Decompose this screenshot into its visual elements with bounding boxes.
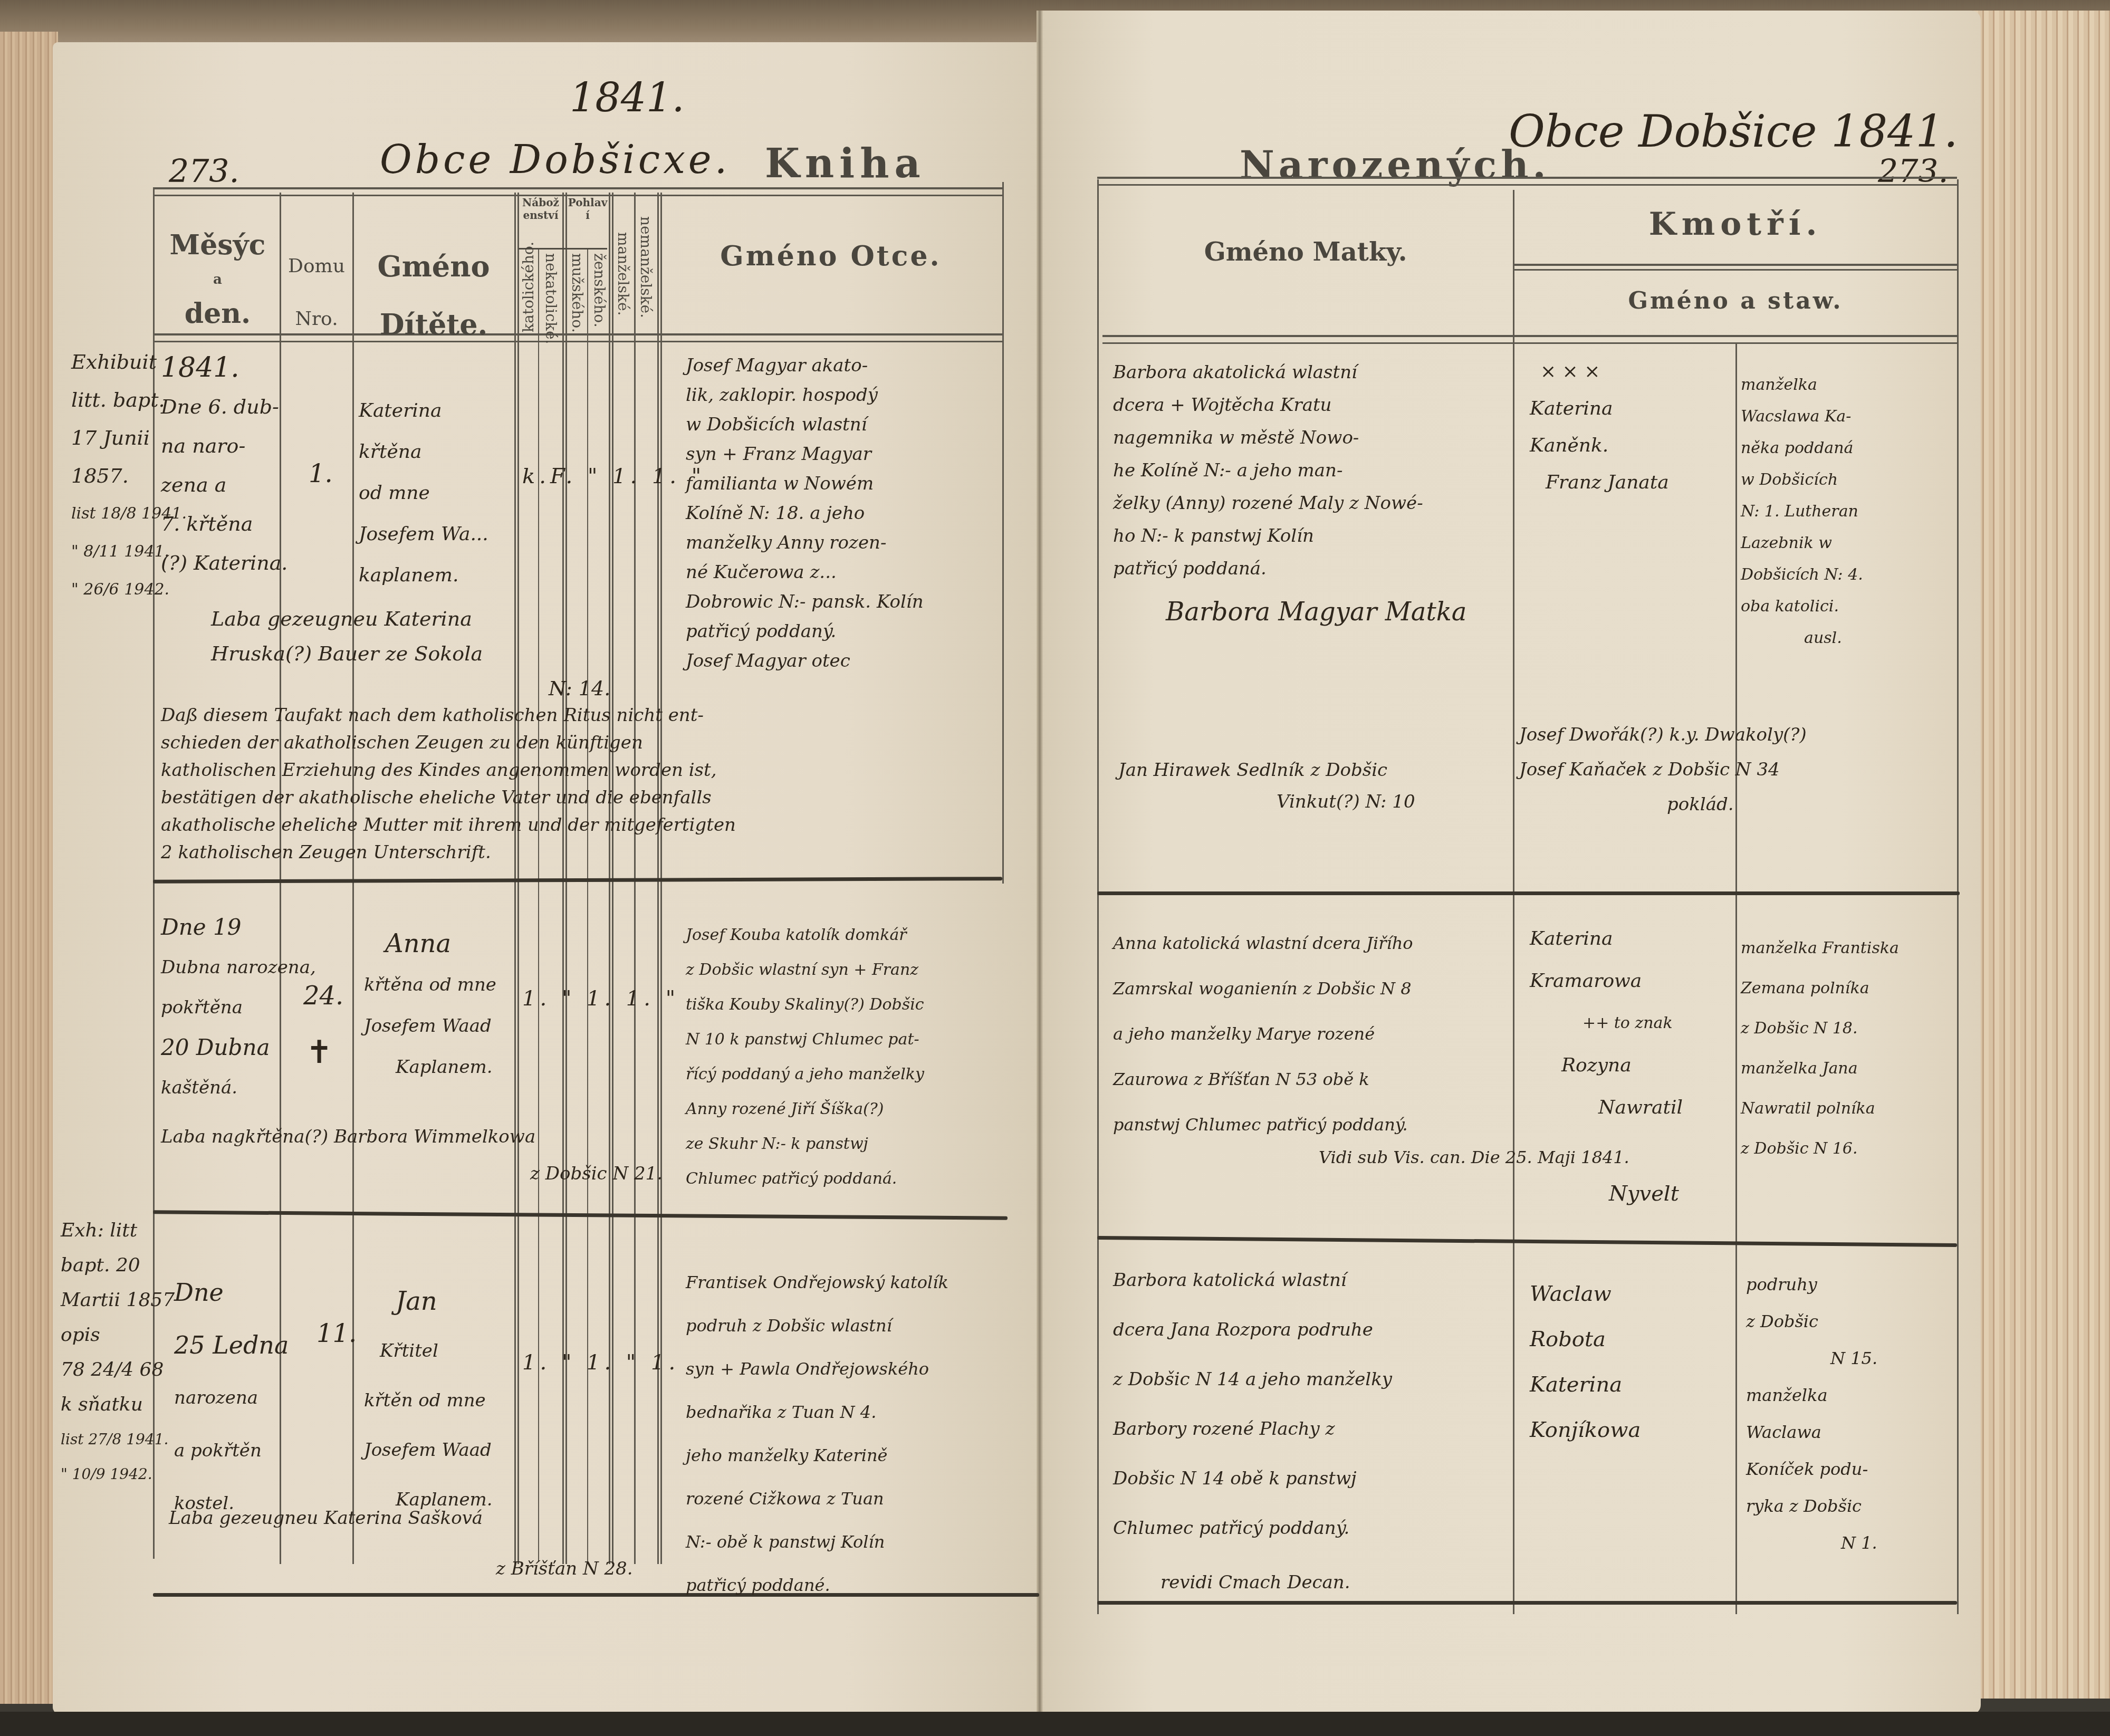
entry-2-child-name: Anna křtěna od mne Josefem Waad Kaplanem…: [364, 923, 496, 1088]
header-legitimate: manželské.: [615, 232, 632, 327]
entry-3-godparents: Waclaw Robota Katerina Konjíkowa: [1530, 1271, 1641, 1453]
col-divider: [1513, 190, 1514, 1614]
entry-1-house-number: 1.: [309, 459, 333, 488]
header-child-name: Gméno Dítěte.: [354, 237, 513, 353]
printed-title-kniha: Kniha: [765, 140, 926, 187]
header-sex: Pohlaví: [567, 196, 608, 222]
entry-1-godparents-status: manželka Wacslawa Ka- něka poddaná w Dob…: [1741, 369, 1863, 654]
entry-2-note: Laba nagkřtěna(?) Barbora Wimmelkowa z D…: [161, 1118, 663, 1192]
header-religion-catholic: katolického.: [520, 253, 537, 332]
row-separator: [1097, 891, 1960, 895]
entry-3-house-number: 11.: [316, 1319, 357, 1348]
handwritten-village-title-right: Obce Dobšice 1841.: [1509, 105, 1958, 157]
left-page-stack-edge: [0, 32, 58, 1704]
header-month-day: Měsýc a den.: [158, 222, 277, 338]
background-surface: [0, 1712, 2110, 1736]
entry-1-checkmarks: k.F. " 1. 1. ": [522, 464, 705, 488]
right-table-top-rule: [1097, 177, 1957, 186]
right-table-header-rule: [1102, 335, 1957, 344]
header-godparents-name-status: Gméno a staw.: [1519, 287, 1952, 314]
header-godparents: Kmotří.: [1519, 206, 1952, 243]
entry-1-witness-2: Josef Dwořák(?) k.y. Dwakoly(?) Josef Ka…: [1519, 717, 1807, 822]
entry-3-revision-signature: revidi Cmach Decan.: [1160, 1572, 1350, 1593]
entry-2-house-number: 24.: [303, 981, 343, 1011]
book-gutter: [1037, 11, 1043, 1714]
entry-2-signature: Nyvelt: [1609, 1182, 1679, 1206]
header-father-name: Gméno Otce.: [665, 240, 997, 272]
header-illegitimate: nemanželské.: [637, 216, 655, 327]
entry-2-visitation-note: Vidi sub Vis. can. Die 25. Maji 1841.: [1319, 1147, 1629, 1167]
header-sex-female: ženského.: [591, 253, 608, 332]
col-divider: [1735, 343, 1737, 1614]
entry-2-godparents: Katerina Kramarowa ++ to znak Rozyna Naw…: [1530, 918, 1683, 1129]
godparents-subheader-rule: [1514, 264, 1957, 271]
entry-2-father: Josef Kouba katolík domkář z Dobšic wlas…: [686, 918, 924, 1196]
entry-1-mother: Barbora akatolická wlastní dcera + Wojtě…: [1113, 356, 1466, 628]
year-header: 1841.: [570, 74, 685, 121]
right-table-right-border: [1957, 179, 1959, 1614]
right-page-stack-edge: [1968, 11, 2110, 1699]
entry-1-german-note: Daß diesem Taufakt nach dem katholischen…: [161, 702, 736, 866]
entry-2-checkmarks: 1. " 1. 1. ": [522, 986, 679, 1011]
entry-1-date: 1841. Dne 6. dub- na naro- zena a 7. křt…: [161, 348, 287, 582]
left-table-right-border: [1002, 182, 1004, 884]
col-divider: [352, 193, 354, 1564]
entry-3-child-name: Jan Křtitel křtěn od mne Josefem Waad Ka…: [364, 1277, 493, 1524]
entry-3-father: Frantisek Ondřejowský katolík podruh z D…: [686, 1261, 948, 1607]
entry-2-date: Dne 19 Dubna narozena, pokřtěna 20 Dubna…: [161, 907, 316, 1108]
header-religion: Náboženství: [519, 196, 562, 222]
entry-3-godparents-status: podruhy z Dobšic N 15. manželka Waclawa …: [1746, 1266, 1877, 1561]
handwritten-village-title-left: Obce Dobšicxe.: [380, 137, 730, 183]
header-religion-noncatholic: nekatolické.: [542, 253, 560, 332]
margin-note-2: Exh: litt bapt. 20 Martii 1857 opis 78 2…: [61, 1213, 175, 1492]
entry-3-date: Dne 25 Ledna narozena a pokřtěn kostel.: [174, 1266, 289, 1530]
entry-3-mother: Barbora katolická wlastní dcera Jana Roz…: [1113, 1255, 1392, 1553]
entry-1-note: Laba gezeugneu Katerina Hruska(?) Bauer …: [211, 601, 610, 706]
entry-2-mother: Anna katolická wlastní dcera Jiřího Zamr…: [1113, 920, 1413, 1147]
entry-1-godparents: × × × Katerina Kaněnk. Franz Janata: [1530, 353, 1669, 501]
header-house-number: Domu Nro.: [282, 240, 351, 346]
page-number-left: 273.: [169, 153, 239, 190]
entry-1-child-name: Katerina křtěna od mne Josefem Wa... kap…: [359, 390, 488, 596]
row-separator: [1097, 1601, 1957, 1605]
header-sex-male: mužského.: [569, 253, 586, 332]
entry-3-checkmarks: 1. " 1. " 1.: [522, 1350, 679, 1375]
right-table-border: [1097, 179, 1099, 1614]
header-mother-name: Gméno Matky.: [1102, 237, 1509, 267]
entry-1-father: Josef Magyar akato- lik, zaklopir. hospo…: [686, 351, 924, 676]
entry-1-witness: Jan Hirawek Sedlník z Dobšic Vinkut(?) N…: [1118, 754, 1415, 818]
entry-3-note: Laba gezeugneu Katerina Sašková z Bříšťa…: [169, 1493, 633, 1594]
entry-2-cross-icon: ✝: [306, 1034, 332, 1071]
entry-2-godparents-status: manželka Frantiska Zemana polníka z Dobš…: [1741, 928, 1899, 1169]
